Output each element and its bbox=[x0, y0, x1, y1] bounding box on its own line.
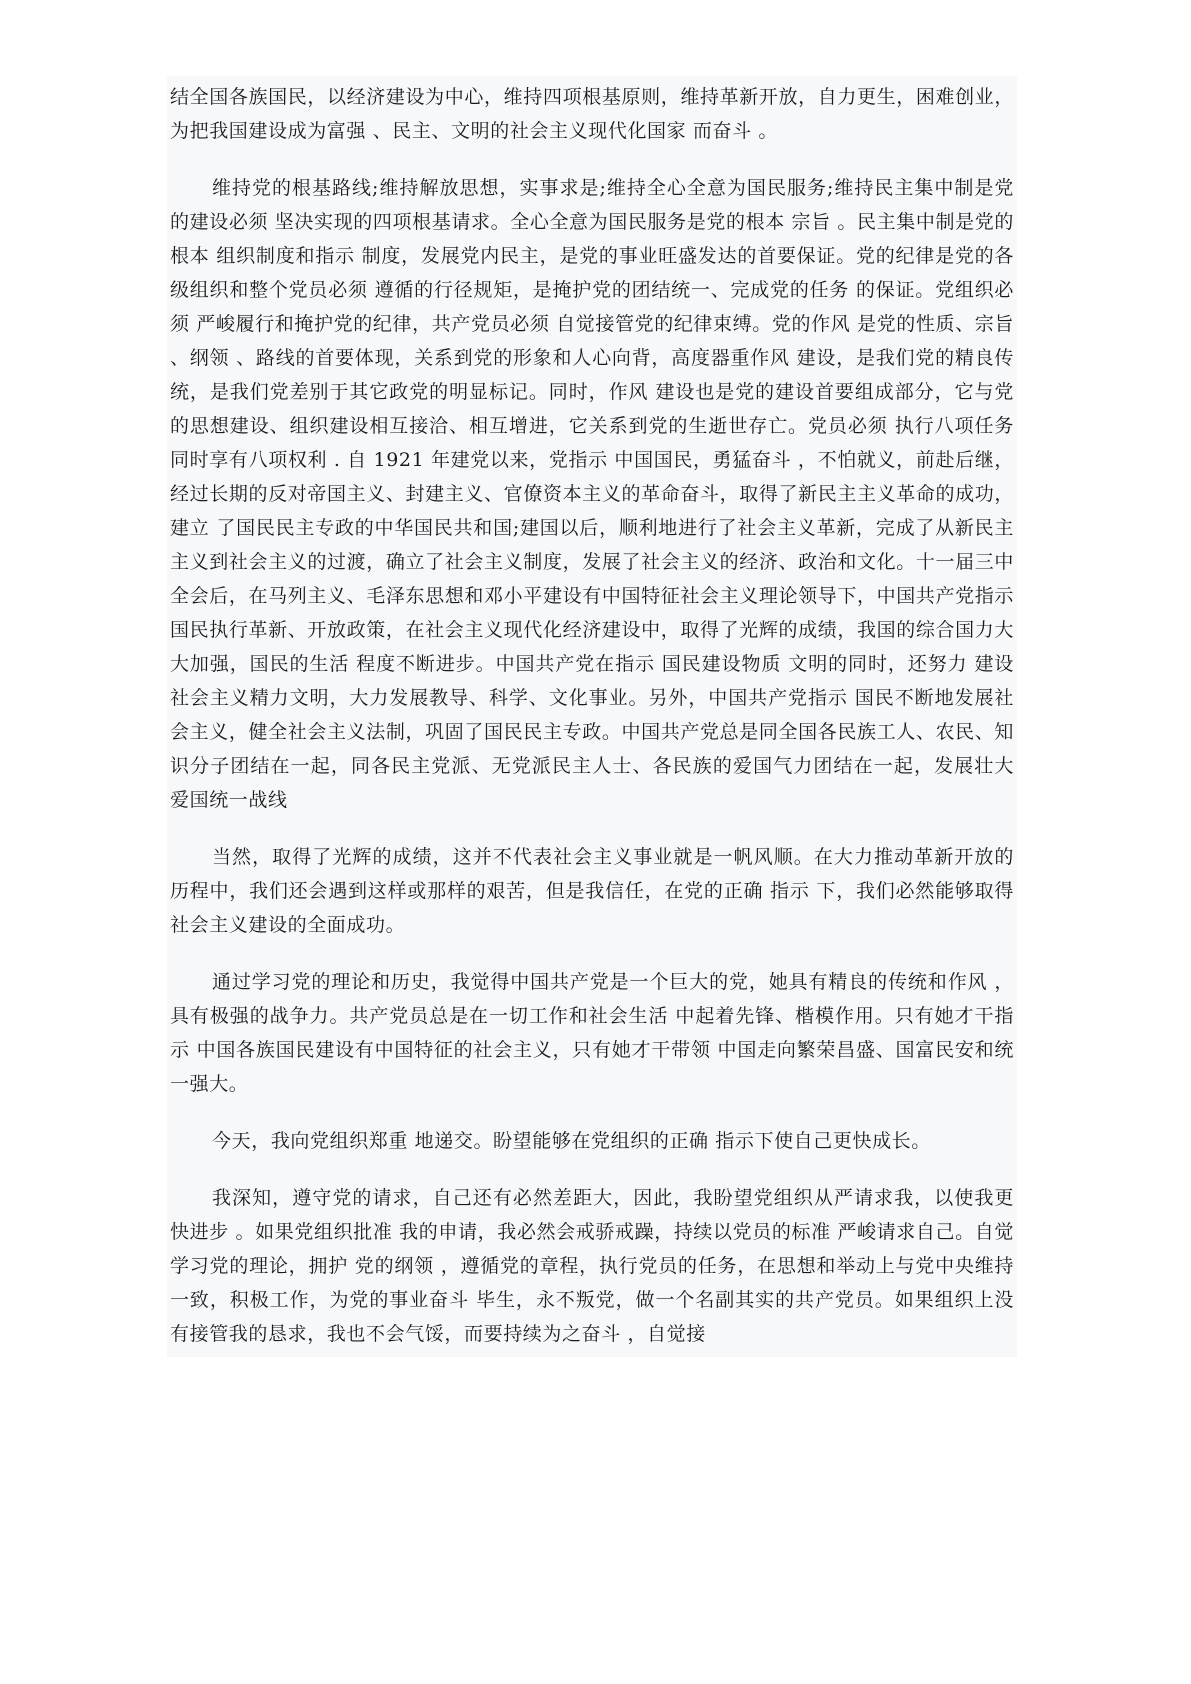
document-body: 结全国各族国民，以经济建设为中心，维持四项根基原则，维持革新开放，自力更生，困难… bbox=[167, 76, 1017, 1357]
paragraph-3: 当然，取得了光辉的成绩，这并不代表社会主义事业就是一帆风顺。在大力推动革新开放的… bbox=[167, 840, 1017, 942]
paragraph-6: 我深知，遵守党的请求，自己还有必然差距大，因此，我盼望党组织从严请求我，以使我更… bbox=[167, 1181, 1017, 1351]
paragraph-1: 结全国各族国民，以经济建设为中心，维持四项根基原则，维持革新开放，自力更生，困难… bbox=[167, 80, 1017, 148]
paragraph-5: 今天，我向党组织郑重 地递交。盼望能够在党组织的正确 指示下使自己更快成长。 bbox=[167, 1124, 1017, 1158]
paragraph-4: 通过学习党的理论和历史，我觉得中国共产党是一个巨大的党，她具有精良的传统和作风 … bbox=[167, 965, 1017, 1101]
paragraph-2: 维持党的根基路线;维持解放思想，实事求是;维持全心全意为国民服务;维持民主集中制… bbox=[167, 171, 1017, 817]
